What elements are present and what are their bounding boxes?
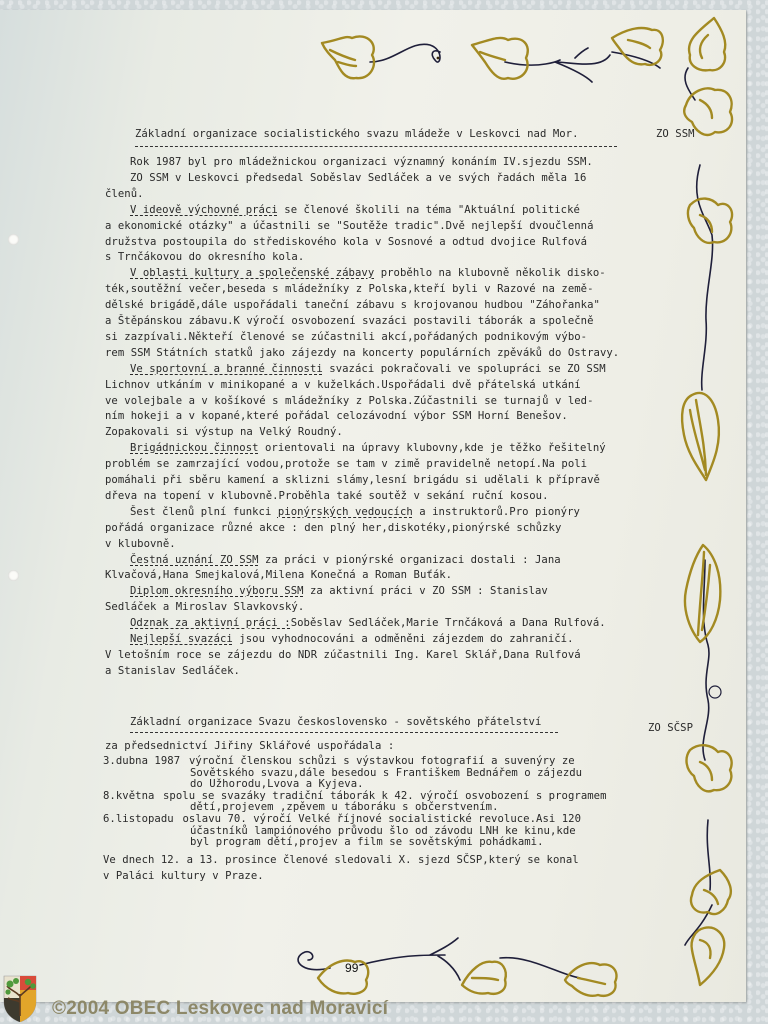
text-line: a ekonomické otázky" a účastnili se "Sou… <box>105 220 594 233</box>
section2-intro: za předsednictví Jiřiny Sklářové uspořád… <box>105 740 394 753</box>
text-line: dřeva na topení v klubovně.Proběhla také… <box>105 490 549 503</box>
underlined-topic: V ideově výchovné práci <box>130 204 278 216</box>
underlined-topic: Brigádnickou činnost <box>130 442 259 454</box>
text-run: ve volejbale a v košíkové s mládežníky z… <box>105 395 594 407</box>
text-run: ním hokeji a v kopané,které pořádal celo… <box>105 410 568 422</box>
text-run: v klubovně. <box>105 538 176 550</box>
text-line: ZO SSM v Leskovci předsedal Soběslav Sed… <box>130 172 586 185</box>
text-line: Lichnov utkáním v minikopané a v kuželká… <box>105 379 581 392</box>
text-run: členů. <box>105 188 144 200</box>
text-line: Brigádnickou činnost orientovali na úpra… <box>130 442 606 455</box>
text-run: za aktivní práci v ZO SSM : Stanislav <box>304 585 548 597</box>
text-line: dělské brigádě,dále uspořádali taneční z… <box>105 299 600 312</box>
text-line: problém se zamrzající vodou,protože se t… <box>105 458 587 471</box>
text-run: se členové školili na téma "Aktuální pol… <box>278 204 580 216</box>
text-run: Rok 1987 byl pro mládežnickou organizaci… <box>130 156 593 168</box>
underlined-topic: Nejlepší svazáci <box>130 633 233 645</box>
event-text: byl program dětí,projev a film se sověts… <box>190 836 544 849</box>
text-run: problém se zamrzající vodou,protože se t… <box>105 458 587 470</box>
text-line: a Štěpánskou zábavu.K výročí osvobození … <box>105 315 594 328</box>
text-run: svazáci pokračovali ve spolupráci se ZO … <box>323 363 606 375</box>
page-number: 99 <box>345 961 358 975</box>
document-text: Základní organizace socialistického svaz… <box>0 0 768 1024</box>
text-run: V letošním roce se zájezdu do NDR zúčast… <box>105 649 581 661</box>
underlined-topic: Diplom okresního výboru SSM <box>130 585 304 597</box>
text-run: a instruktorů.Pro pionýry <box>413 506 580 518</box>
underlined-topic: pionýrských vedoucích <box>278 506 413 518</box>
text-run: pořádá organizace různé akce : den plný … <box>105 522 561 534</box>
event-date: 8.května <box>103 790 154 803</box>
text-line: Diplom okresního výboru SSM za aktivní p… <box>130 585 548 598</box>
text-run: Sedláček a Miroslav Slavkovský. <box>105 601 304 613</box>
text-line: Nejlepší svazáci jsou vyhodnocováni a od… <box>130 633 574 646</box>
section1-side-label: ZO SSM <box>656 128 695 140</box>
text-run: pomáhali při sběru kamení a sklizni slám… <box>105 474 600 486</box>
text-line: si zazpívali.Někteří členové se zúčastni… <box>105 331 587 344</box>
text-line: členů. <box>105 188 144 201</box>
text-line: Klvačová,Hana Smejkalová,Milena Konečná … <box>105 569 452 582</box>
underlined-topic: Ve sportovní a branné činnosti <box>130 363 323 375</box>
text-run: a ekonomické otázky" a účastnili se "Sou… <box>105 220 594 232</box>
section1-heading: Základní organizace socialistického svaz… <box>135 128 579 141</box>
event-date: 3.dubna 1987 <box>103 755 180 768</box>
section2-heading-rule <box>130 732 558 733</box>
text-line: a Stanislav Sedláček. <box>105 665 240 678</box>
underlined-topic: Odznak za aktivní práci : <box>130 617 291 629</box>
text-run: a Stanislav Sedláček. <box>105 665 240 677</box>
text-run: a Štěpánskou zábavu.K výročí osvobození … <box>105 315 594 327</box>
text-run: dělské brigádě,dále uspořádali taneční z… <box>105 299 600 311</box>
closing-text: Ve dnech 12. a 13. prosince členové sled… <box>103 854 579 867</box>
text-run: Klvačová,Hana Smejkalová,Milena Konečná … <box>105 569 452 581</box>
text-line: V ideově výchovné práci se členové školi… <box>130 204 580 217</box>
text-run: s Trnčákovou do okresního kola. <box>105 251 304 263</box>
text-line: Ve sportovní a branné činnosti svazáci p… <box>130 363 606 376</box>
text-run: dřeva na topení v klubovně.Proběhla také… <box>105 490 549 502</box>
text-line: Sedláček a Miroslav Slavkovský. <box>105 601 304 614</box>
text-run: Lichnov utkáním v minikopané a v kuželká… <box>105 379 581 391</box>
text-line: ték,soutěžní večer,beseda s mládežníky z… <box>105 283 594 296</box>
text-line: pořádá organizace různé akce : den plný … <box>105 522 561 535</box>
text-line: Zopakovali si výstup na Velký Roudný. <box>105 426 343 439</box>
text-line: ním hokeji a v kopané,které pořádal celo… <box>105 410 568 423</box>
text-run: orientovali na úpravy klubovny,kde je tě… <box>259 442 606 454</box>
section2-heading: Základní organizace Svazu československo… <box>130 716 541 729</box>
text-run: Zopakovali si výstup na Velký Roudný. <box>105 426 343 438</box>
section1-heading-rule <box>135 146 617 147</box>
text-run: družstva postoupila do střediskového kol… <box>105 236 587 248</box>
text-line: Rok 1987 byl pro mládežnickou organizaci… <box>130 156 593 169</box>
text-line: V letošním roce se zájezdu do NDR zúčast… <box>105 649 581 662</box>
text-line: pomáhali při sběru kamení a sklizni slám… <box>105 474 600 487</box>
text-line: Šest členů plní funkci pionýrských vedou… <box>130 506 580 519</box>
text-line: V oblasti kultury a společenské zábavy p… <box>130 267 606 280</box>
copyright-watermark: ©2004 OBEC Leskovec nad Moravicí <box>52 998 388 1020</box>
text-run: ZO SSM v Leskovci předsedal Soběslav Sed… <box>130 172 586 184</box>
event-date: 6.listopadu <box>103 813 174 826</box>
text-run: ték,soutěžní večer,beseda s mládežníky z… <box>105 283 594 295</box>
text-run: si zazpívali.Někteří členové se zúčastni… <box>105 331 587 343</box>
text-line: družstva postoupila do střediskového kol… <box>105 236 587 249</box>
text-run: za práci v pionýrské organizaci dostali … <box>259 554 561 566</box>
text-line: s Trnčákovou do okresního kola. <box>105 251 304 264</box>
text-run: proběhlo na klubovně několik disko- <box>374 267 605 279</box>
text-line: ve volejbale a v košíkové s mládežníky z… <box>105 395 594 408</box>
underlined-topic: V oblasti kultury a společenské zábavy <box>130 267 374 279</box>
text-line: Čestná uznání ZO SSM za práci v pionýrsk… <box>130 554 561 567</box>
underlined-topic: Čestná uznání ZO SSM <box>130 554 259 566</box>
text-line: Odznak za aktivní práci :Soběslav Sedláč… <box>130 617 606 630</box>
text-run: Soběslav Sedláček,Marie Trnčáková a Dana… <box>291 617 606 629</box>
text-run: Šest členů plní funkci <box>130 506 278 518</box>
closing-text: v Paláci kultury v Praze. <box>103 870 264 883</box>
text-line: rem SSM Státních statků jako zájezdy na … <box>105 347 619 360</box>
text-run: rem SSM Státních statků jako zájezdy na … <box>105 347 619 359</box>
text-run: jsou vyhodnocováni a odměněni zájezdem d… <box>233 633 574 645</box>
watermark-footer: ©2004 OBEC Leskovec nad Moravicí <box>0 994 768 1024</box>
text-line: v klubovně. <box>105 538 176 551</box>
section2-side-label: ZO SČSP <box>648 722 693 734</box>
